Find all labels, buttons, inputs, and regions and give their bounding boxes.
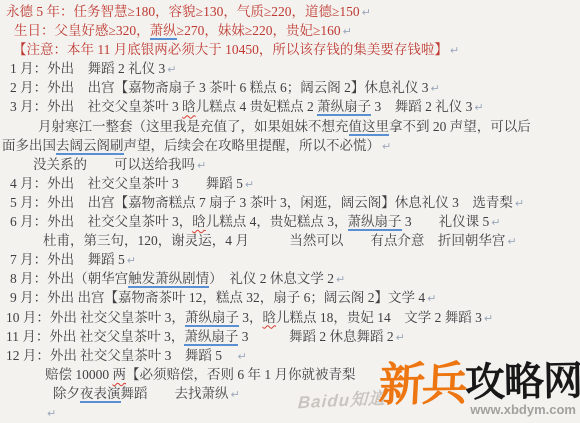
text-segment: 永德 5 年：任务智慧≥180，容貌≥130，气质≥220，道德≥150 — [6, 4, 360, 19]
hyperlink-text[interactable]: 萧纵 — [150, 23, 177, 40]
paragraph-mark: ↵ — [507, 235, 516, 248]
site-logo-orange-text: 新兵 — [378, 360, 466, 408]
text-segment: 赔偿 10000 — [45, 367, 113, 382]
paragraph-mark: ↵ — [127, 254, 136, 267]
text-segment: ≥270，妹妹≥220，贵妃≥160 — [177, 23, 341, 38]
text-segment: 3 舞蹈 2 休息舞蹈 2 — [238, 329, 393, 344]
doc-line-13: 杜甫，第三句，120，谢灵运，4 月 当然可以 有点介意 折回朝华宫↵ — [0, 231, 580, 250]
text-segment: 11 月：外出 社交父皇茶叶 3， — [6, 329, 184, 344]
doc-line-5: 2 月：外出 出宫【嘉物斋扇子 3 茶叶 6 糕点 6；阔云阁 2】休息礼仪 3… — [0, 78, 580, 97]
text-segment: 2 月：外出 出宫【嘉物斋扇子 3 茶叶 6 糕点 6；阔云阁 2】休息礼仪 3 — [10, 80, 429, 95]
site-url-watermark: www.xbdym.com — [470, 402, 576, 417]
paragraph-mark: ↵ — [336, 273, 345, 286]
text-segment: 生日：父皇好感≥320， — [14, 23, 150, 38]
text-segment: 12 月：外出 社交父皇茶叶 3 舞蹈 5 — [6, 348, 236, 363]
text-segment: 1 月：外出 舞蹈 2 礼仪 3 — [10, 61, 165, 76]
text-segment: 舞蹈 去找萧纵 — [121, 386, 229, 401]
doc-line-18: 11 月：外出 社交父皇茶叶 3，萧纵扇子 3 舞蹈 2 休息舞蹈 2↵ — [0, 327, 580, 346]
paragraph-mark: ↵ — [167, 63, 176, 76]
text-segment: 8 月：外出（朝华宫 — [10, 271, 128, 286]
hyperlink-text[interactable]: 触发萧纵剧情 — [128, 271, 209, 288]
site-logo: 新兵攻略网 — [379, 358, 580, 408]
paragraph-mark: ↵ — [474, 101, 483, 114]
text-segment: 9 月：外出 出宫【嘉物斋茶叶 12，糕点 32，扇子 6；阔云阁 2】文学 4 — [10, 290, 425, 305]
text-segment: 儿糕点 4，贵妃糕点 3， — [206, 214, 348, 229]
paragraph-mark: ↵ — [343, 25, 352, 38]
baidu-watermark: Baidu知道 — [297, 384, 386, 414]
text-segment: 儿糕点 18，贵妃 14 文学 2 舞蹈 3 — [276, 310, 482, 325]
text-segment: 3， — [239, 310, 263, 325]
text-segment: 声望，后续会在攻略里提醒，所以不必慌） — [124, 138, 381, 153]
text-segment: 拿不到 20 声望，可以后 — [389, 119, 531, 134]
paragraph-mark: ↵ — [362, 6, 371, 19]
text-segment: 【注意：本年 11 月底银两必须大于 10450，所以该存钱的集美要存钱啦】 — [13, 42, 448, 57]
text-segment: 3 月：外出 社交父皇茶叶 3 — [10, 99, 182, 114]
doc-line-3: 【注意：本年 11 月底银两必须大于 10450，所以该存钱的集美要存钱啦】↵ — [0, 40, 580, 59]
paragraph-mark: ↵ — [197, 159, 206, 172]
hyperlink-text[interactable]: 萧纵扇子 — [185, 310, 239, 327]
doc-line-2: 生日：父皇好感≥320，萧纵≥270，妹妹≥220，贵妃≥160↵ — [0, 21, 580, 40]
text-segment: 4 月：外出 社交父皇茶叶 3 舞蹈 5 — [10, 176, 243, 191]
paragraph-mark: ↵ — [47, 407, 56, 420]
text-segment: 没关系的 可以送给我吗 — [33, 157, 195, 172]
doc-line-8: 面多出国去阔云阁刷声望，后续会在攻略里提醒，所以不必慌）↵ — [0, 136, 580, 155]
text-segment: 5 月：外出 出宫【嘉物斋糕点 7 扇子 3 茶叶 3，闲逛，阔云阁】休息礼仪 … — [10, 195, 513, 210]
paragraph-mark: ↵ — [484, 312, 493, 325]
doc-line-12: 6 月：外出 社交父皇茶叶 3，晗儿糕点 4，贵妃糕点 3，萧纵扇子 3 礼仪课… — [0, 212, 580, 231]
paragraph-mark: ↵ — [431, 82, 440, 95]
text-segment: 晗 — [263, 310, 277, 325]
text-segment: 7 月：外出 舞蹈 5 — [10, 252, 125, 267]
text-segment: ） 礼仪 2 休息文学 2 — [209, 271, 334, 286]
hyperlink-text[interactable]: 萧纵扇子 — [348, 214, 402, 231]
doc-line-4: 1 月：外出 舞蹈 2 礼仪 3↵ — [0, 59, 580, 78]
hyperlink-text[interactable]: 夜表演 — [80, 386, 121, 403]
text-segment: 两 — [113, 367, 127, 382]
paragraph-mark: ↵ — [427, 292, 436, 305]
text-segment: 杜甫，第三句，120，谢灵运，4 月 当然可以 有点介意 折回朝华宫 — [43, 233, 505, 248]
paragraph-mark: ↵ — [450, 44, 459, 57]
doc-line-16: 9 月：外出 出宫【嘉物斋茶叶 12，糕点 32，扇子 6；阔云阁 2】文学 4… — [0, 288, 580, 307]
doc-line-7: 月射寒江一整套（这里我是充值了，如果姐妹不想充值这里拿不到 20 声望，可以后 — [0, 117, 580, 136]
paragraph-mark: ↵ — [382, 140, 391, 153]
doc-line-14: 7 月：外出 舞蹈 5↵ — [0, 250, 580, 269]
hyperlink-text[interactable]: 值这里 — [349, 119, 390, 136]
doc-line-10: 4 月：外出 社交父皇茶叶 3 舞蹈 5↵ — [0, 174, 580, 193]
text-segment: 6 月：外出 社交父皇茶叶 3， — [10, 214, 192, 229]
doc-line-17: 10 月：外出 社交父皇茶叶 3，萧纵扇子 3，晗儿糕点 18，贵妃 14 文学… — [0, 308, 580, 327]
text-segment: 面多出国 — [2, 138, 56, 153]
doc-line-9: 没关系的 可以送给我吗↵ — [0, 155, 580, 174]
doc-line-11: 5 月：外出 出宫【嘉物斋糕点 7 扇子 3 茶叶 3，闲逛，阔云阁】休息礼仪 … — [0, 193, 580, 212]
text-segment: 【必须赔偿，否则 6 年 1 月你就被青梨 — [126, 367, 356, 382]
paragraph-mark: ↵ — [245, 178, 254, 191]
text-segment: 10 月：外出 社交父皇茶叶 3， — [6, 310, 185, 325]
text-segment: 晗 — [192, 214, 206, 229]
paragraph-mark: ↵ — [515, 197, 524, 210]
paragraph-mark: ↵ — [238, 350, 247, 363]
doc-line-15: 8 月：外出（朝华宫触发萧纵剧情） 礼仪 2 休息文学 2↵ — [0, 269, 580, 288]
hyperlink-text[interactable]: 萧纵扇子 — [317, 99, 371, 116]
text-segment: 除夕 — [53, 386, 80, 401]
paragraph-mark: ↵ — [231, 388, 240, 401]
text-segment: 3 舞蹈 2 礼仪 3 — [371, 99, 472, 114]
doc-line-1: 永德 5 年：任务智慧≥180，容貌≥130，气质≥220，道德≥150↵ — [0, 2, 580, 21]
word-document-screenshot: 永德 5 年：任务智慧≥180，容貌≥130，气质≥220，道德≥150↵生日：… — [0, 0, 580, 423]
text-segment: 晗 — [182, 99, 196, 114]
paragraph-mark: ↵ — [396, 331, 405, 344]
paragraph-mark: ↵ — [491, 216, 500, 229]
text-segment: 月射寒江一整套（这里我是充值了，如果姐妹不想充 — [38, 119, 349, 134]
text-segment: 儿糕点 4 贵妃糕点 2 — [196, 99, 318, 114]
hyperlink-text[interactable]: 萧纵扇子 — [184, 329, 238, 346]
text-segment: 3 礼仪课 5 — [402, 214, 490, 229]
hyperlink-text[interactable]: 去阔云阁刷 — [56, 138, 124, 155]
doc-line-6: 3 月：外出 社交父皇茶叶 3 晗儿糕点 4 贵妃糕点 2 萧纵扇子 3 舞蹈 … — [0, 97, 580, 116]
site-logo-black-text: 攻略网 — [465, 361, 580, 403]
